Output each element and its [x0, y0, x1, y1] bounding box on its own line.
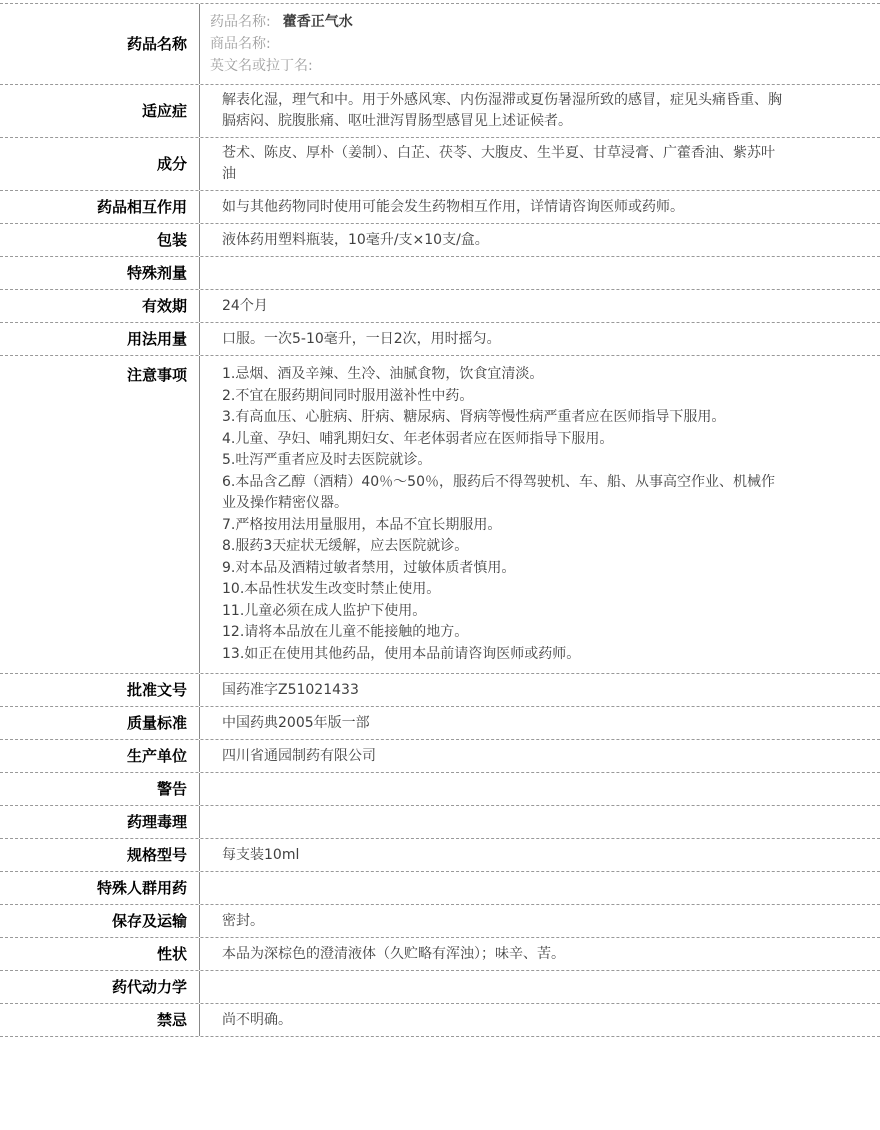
table-row: 特殊剂量 [0, 257, 880, 290]
latin-name-key: 英文名或拉丁名: [210, 58, 313, 74]
table-row: 药品相互作用 如与其他药物同时使用可能会发生药物相互作用，详情请咨询医师或药师。 [0, 191, 880, 224]
row-value: 口服。一次5-10毫升，一日2次，用时摇匀。 [200, 323, 880, 355]
table-row: 生产单位 四川省通园制药有限公司 [0, 740, 880, 773]
row-value: 液体药用塑料瓶装，10毫升/支×10支/盒。 [200, 224, 880, 256]
row-value: 药品名称:藿香正气水 商品名称: 英文名或拉丁名: [200, 4, 880, 84]
note-line: 9.对本品及酒精过敏者禁用，过敏体质者慎用。 [222, 558, 787, 580]
row-value: 24个月 [200, 290, 880, 322]
table-row: 适应症 解表化湿，理气和中。用于外感风寒、内伤湿滞或夏伤暑湿所致的感冒，症见头痛… [0, 85, 880, 138]
note-line: 2.不宜在服药期间同时服用滋补性中药。 [222, 386, 787, 408]
drug-info-table: 药品名称 药品名称:藿香正气水 商品名称: 英文名或拉丁名: 适应症 解表化湿，… [0, 3, 880, 1037]
row-value [200, 872, 880, 904]
table-row: 成分 苍术、陈皮、厚朴（姜制）、白芷、茯苓、大腹皮、生半夏、甘草浸膏、广藿香油、… [0, 138, 880, 191]
note-line: 13.如正在使用其他药品，使用本品前请咨询医师或药师。 [222, 644, 787, 666]
row-value [200, 971, 880, 1003]
row-label: 有效期 [0, 290, 200, 322]
table-row: 药理毒理 [0, 806, 880, 839]
drug-name-value: 藿香正气水 [283, 14, 353, 30]
note-line: 4.儿童、孕妇、哺乳期妇女、年老体弱者应在医师指导下服用。 [222, 429, 787, 451]
row-label: 药代动力学 [0, 971, 200, 1003]
row-value: 每支装10ml [200, 839, 880, 871]
table-row: 性状 本品为深棕色的澄清液体（久贮略有浑浊）；味辛、苦。 [0, 938, 880, 971]
note-line: 6.本品含乙醇（酒精）40％～50％，服药后不得驾驶机、车、船、从事高空作业、机… [222, 472, 787, 515]
table-row: 药代动力学 [0, 971, 880, 1004]
row-label: 质量标准 [0, 707, 200, 739]
row-label: 成分 [0, 138, 200, 190]
table-row: 质量标准 中国药典2005年版一部 [0, 707, 880, 740]
row-label: 药品名称 [0, 4, 200, 84]
note-line: 8.服药3天症状无缓解，应去医院就诊。 [222, 536, 787, 558]
row-value: 中国药典2005年版一部 [200, 707, 880, 739]
table-row: 保存及运输 密封。 [0, 905, 880, 938]
row-value: 本品为深棕色的澄清液体（久贮略有浑浊）；味辛、苦。 [200, 938, 880, 970]
row-value [200, 257, 880, 289]
row-value: 如与其他药物同时使用可能会发生药物相互作用，详情请咨询医师或药师。 [200, 191, 880, 223]
table-row: 注意事项 1.忌烟、酒及辛辣、生冷、油腻食物，饮食宜清淡。2.不宜在服药期间同时… [0, 356, 880, 674]
row-value: 四川省通园制药有限公司 [200, 740, 880, 772]
row-value: 尚不明确。 [200, 1004, 880, 1036]
trade-name-line: 商品名称: [210, 33, 787, 55]
row-label: 药理毒理 [0, 806, 200, 838]
row-value: 苍术、陈皮、厚朴（姜制）、白芷、茯苓、大腹皮、生半夏、甘草浸膏、广藿香油、紫苏叶… [200, 138, 880, 190]
row-label: 保存及运输 [0, 905, 200, 937]
row-value [200, 773, 880, 805]
note-line: 12.请将本品放在儿童不能接触的地方。 [222, 622, 787, 644]
row-value: 解表化湿，理气和中。用于外感风寒、内伤湿滞或夏伤暑湿所致的感冒，症见头痛昏重、胸… [200, 85, 880, 137]
drug-name-line: 药品名称:藿香正气水 [210, 11, 787, 33]
note-line: 1.忌烟、酒及辛辣、生冷、油腻食物，饮食宜清淡。 [222, 364, 787, 386]
row-label: 生产单位 [0, 740, 200, 772]
row-label: 警告 [0, 773, 200, 805]
note-line: 11.儿童必须在成人监护下使用。 [222, 601, 787, 623]
table-row: 有效期 24个月 [0, 290, 880, 323]
row-label: 适应症 [0, 85, 200, 137]
note-line: 5.吐泻严重者应及时去医院就诊。 [222, 450, 787, 472]
trade-name-key: 商品名称: [210, 36, 271, 52]
row-value: 密封。 [200, 905, 880, 937]
table-row: 批准文号 国药准字Z51021433 [0, 674, 880, 707]
row-label: 注意事项 [0, 356, 200, 673]
note-line: 10.本品性状发生改变时禁止使用。 [222, 579, 787, 601]
row-label: 特殊剂量 [0, 257, 200, 289]
row-label: 用法用量 [0, 323, 200, 355]
row-label: 包装 [0, 224, 200, 256]
table-row-drug-name: 药品名称 药品名称:藿香正气水 商品名称: 英文名或拉丁名: [0, 4, 880, 85]
row-label: 性状 [0, 938, 200, 970]
table-row: 规格型号 每支装10ml [0, 839, 880, 872]
latin-name-line: 英文名或拉丁名: [210, 55, 787, 77]
row-label: 特殊人群用药 [0, 872, 200, 904]
note-line: 3.有高血压、心脏病、肝病、糖尿病、肾病等慢性病严重者应在医师指导下服用。 [222, 407, 787, 429]
row-value: 1.忌烟、酒及辛辣、生冷、油腻食物，饮食宜清淡。2.不宜在服药期间同时服用滋补性… [200, 356, 880, 673]
table-row: 用法用量 口服。一次5-10毫升，一日2次，用时摇匀。 [0, 323, 880, 356]
table-row: 警告 [0, 773, 880, 806]
row-value: 国药准字Z51021433 [200, 674, 880, 706]
drug-name-key: 药品名称: [210, 14, 271, 30]
table-row: 禁忌 尚不明确。 [0, 1004, 880, 1037]
row-value [200, 806, 880, 838]
table-row: 包装 液体药用塑料瓶装，10毫升/支×10支/盒。 [0, 224, 880, 257]
row-label: 药品相互作用 [0, 191, 200, 223]
note-line: 7.严格按用法用量服用，本品不宜长期服用。 [222, 515, 787, 537]
row-label: 批准文号 [0, 674, 200, 706]
row-label: 禁忌 [0, 1004, 200, 1036]
table-row: 特殊人群用药 [0, 872, 880, 905]
row-label: 规格型号 [0, 839, 200, 871]
